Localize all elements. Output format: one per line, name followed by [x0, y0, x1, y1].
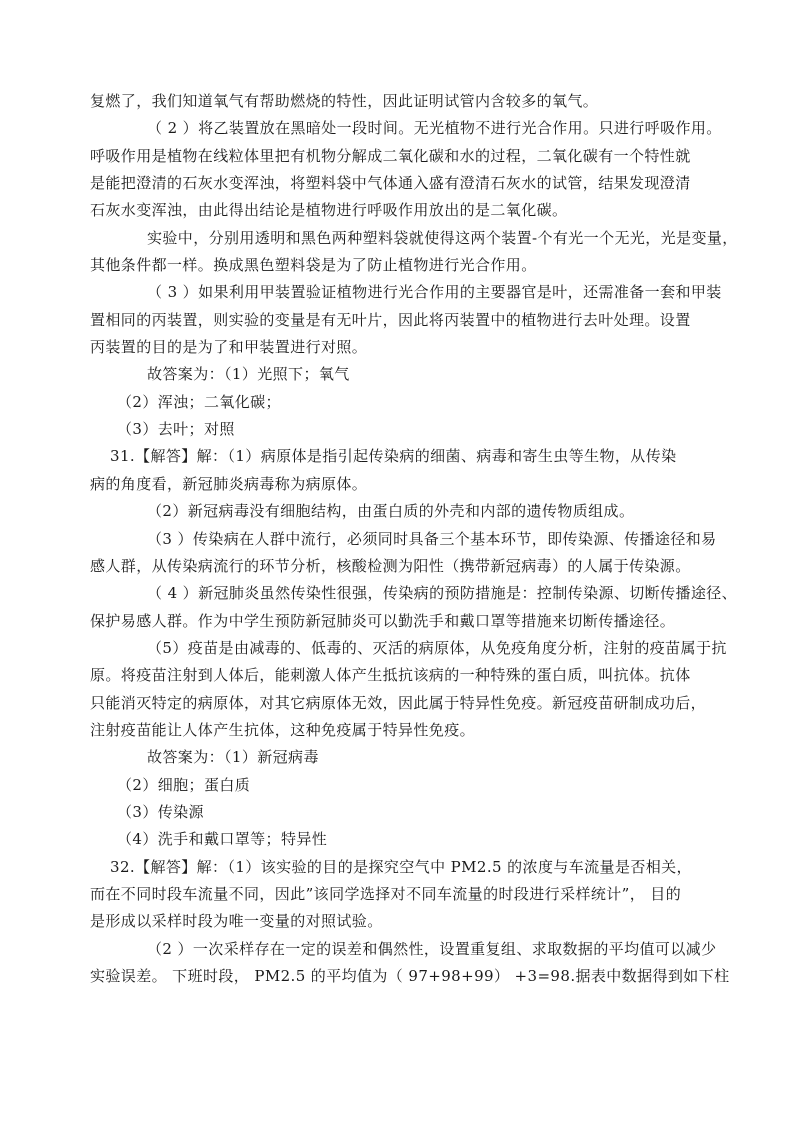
text-line: （3）传染源 [90, 799, 710, 826]
document-body: 复燃了，我们知道氧气有帮助燃烧的特性，因此证明试管内含较多的氧气。（ 2 ）将乙… [90, 88, 710, 990]
text-line: 32.【解答】解：（1）该实验的目的是探究空气中 PM2.5 的浓度与车流量是否… [90, 854, 710, 881]
text-line: 置相同的丙装置，则实验的变量是有无叶片，因此将丙装置中的植物进行去叶处理。设置 [90, 307, 710, 334]
text-line: 31.【解答】解：（1）病原体是指引起传染病的细菌、病毒和寄生虫等生物，从传染 [90, 443, 710, 470]
text-line: 是能把澄清的石灰水变浑浊，将塑料袋中气体通入盛有澄清石灰水的试管，结果发现澄清 [90, 170, 710, 197]
text-line: （ 4 ）新冠肺炎虽然传染性很强，传染病的预防措施是：控制传染源、切断传播途径、 [90, 580, 710, 607]
text-line: （3 ）传染病在人群中流行，必须同时具备三个基本环节，即传染源、传播途径和易 [90, 526, 710, 553]
text-line: 故答案为：（1）光照下；氧气 [90, 361, 710, 388]
text-line: 石灰水变浑浊，由此得出结论是植物进行呼吸作用放出的是二氧化碳。 [90, 197, 710, 224]
text-line: 实验中，分别用透明和黑色两种塑料袋就使得这两个装置-个有光一个无光，光是变量， [90, 225, 710, 252]
text-line: （3）去叶；对照 [90, 416, 710, 443]
text-line: 复燃了，我们知道氧气有帮助燃烧的特性，因此证明试管内含较多的氧气。 [90, 88, 710, 115]
text-line: （ 3 ）如果利用甲装置验证植物进行光合作用的主要器官是叶，还需准备一套和甲装 [90, 279, 710, 306]
text-line: （2）细胞；蛋白质 [90, 772, 710, 799]
text-line: （ 2 ）将乙装置放在黑暗处一段时间。无光植物不进行光合作用。只进行呼吸作用。 [90, 115, 710, 142]
text-line: 原。将疫苗注射到人体后，能刺激人体产生抵抗该病的一种特殊的蛋白质，叫抗体。抗体 [90, 662, 710, 689]
text-line: 实验误差。 下班时段， PM2.5 的平均值为（ 97+98+99） +3=98… [90, 963, 710, 990]
document-page: 复燃了，我们知道氧气有帮助燃烧的特性，因此证明试管内含较多的氧气。（ 2 ）将乙… [0, 0, 794, 1123]
text-line: （5）疫苗是由减毒的、低毒的、灭活的病原体，从免疫角度分析，注射的疫苗属于抗 [90, 635, 710, 662]
text-line: （4）洗手和戴口罩等；特异性 [90, 826, 710, 853]
text-line: 其他条件都一样。换成黑色塑料袋是为了防止植物进行光合作用。 [90, 252, 710, 279]
text-line: （2）浑浊；二氧化碳； [90, 389, 710, 416]
text-line: 而在不同时段车流量不同，因此”该同学选择对不同车流量的时段进行采样统计”， 目的 [90, 881, 710, 908]
text-line: 丙装置的目的是为了和甲装置进行对照。 [90, 334, 710, 361]
text-line: （2）新冠病毒没有细胞结构，由蛋白质的外壳和内部的遗传物质组成。 [90, 498, 710, 525]
text-line: 只能消灭特定的病原体，对其它病原体无效，因此属于特异性免疫。新冠疫苗研制成功后， [90, 690, 710, 717]
text-line: 感人群，从传染病流行的环节分析，核酸检测为阳性（携带新冠病毒）的人属于传染源。 [90, 553, 710, 580]
text-line: 保护易感人群。作为中学生预防新冠肺炎可以勤洗手和戴口罩等措施来切断传播途径。 [90, 608, 710, 635]
text-line: 呼吸作用是植物在线粒体里把有机物分解成二氧化碳和水的过程，二氧化碳有一个特性就 [90, 143, 710, 170]
text-line: 故答案为：（1）新冠病毒 [90, 744, 710, 771]
text-line: 是形成以采样时段为唯一变量的对照试验。 [90, 908, 710, 935]
text-line: 注射疫苗能让人体产生抗体，这种免疫属于特异性免疫。 [90, 717, 710, 744]
text-line: （2 ）一次采样存在一定的误差和偶然性，设置重复组、求取数据的平均值可以减少 [90, 936, 710, 963]
text-line: 病的角度看，新冠肺炎病毒称为病原体。 [90, 471, 710, 498]
